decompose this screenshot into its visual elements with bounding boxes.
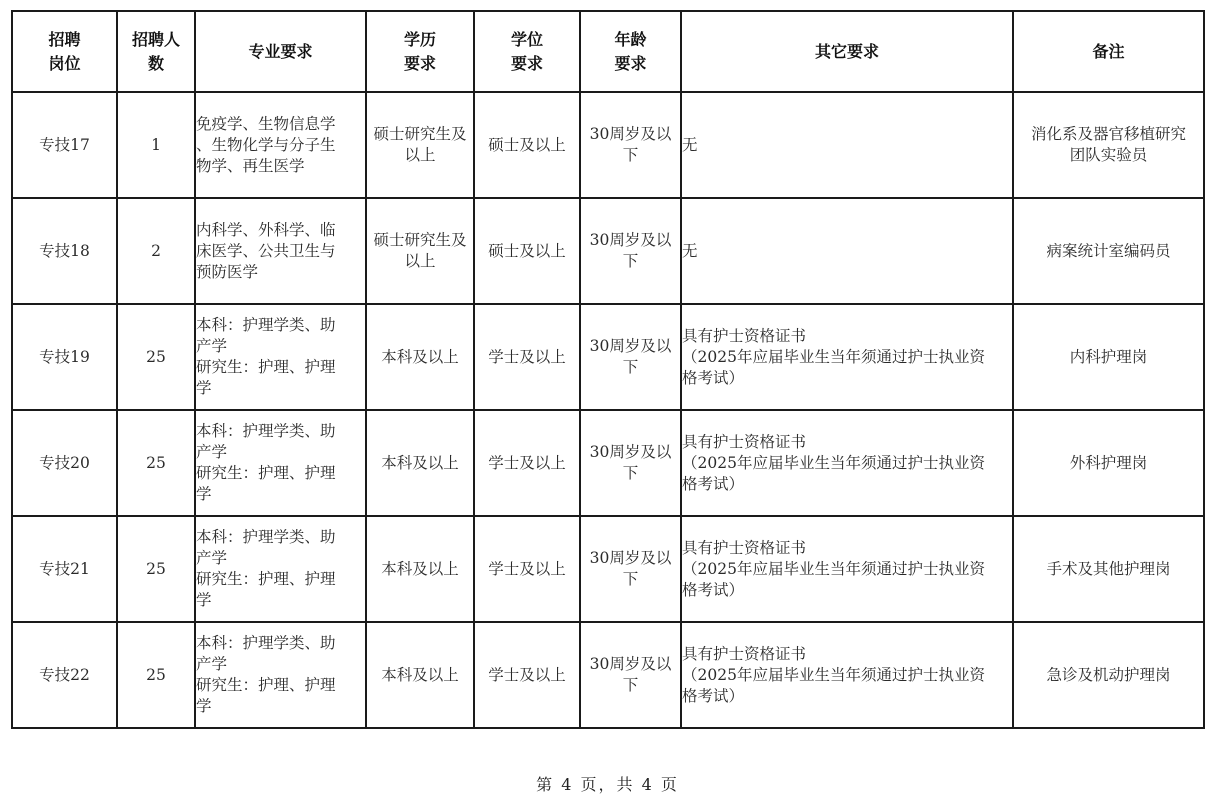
cell-major: 本科：护理学类、助 产学 研究生：护理、护理 学 — [195, 410, 366, 516]
cell-note: 病案统计室编码员 — [1013, 198, 1204, 304]
cell-count: 25 — [117, 410, 195, 516]
table-row: 专技17 1 免疫学、生物信息学 、生物化学与分子生 物学、再生医学 硕士研究生… — [12, 92, 1204, 198]
cell-education: 硕士研究生及 以上 — [366, 92, 474, 198]
table-row: 专技18 2 内科学、外科学、临 床医学、公共卫生与 预防医学 硕士研究生及 以… — [12, 198, 1204, 304]
header-other: 其它要求 — [681, 11, 1013, 92]
cell-note: 急诊及机动护理岗 — [1013, 622, 1204, 728]
table-row: 专技19 25 本科：护理学类、助 产学 研究生：护理、护理 学 本科及以上 学… — [12, 304, 1204, 410]
cell-age: 30周岁及以 下 — [580, 198, 681, 304]
cell-position: 专技19 — [12, 304, 117, 410]
cell-note: 手术及其他护理岗 — [1013, 516, 1204, 622]
cell-education: 本科及以上 — [366, 304, 474, 410]
header-count: 招聘人 数 — [117, 11, 195, 92]
cell-education: 本科及以上 — [366, 516, 474, 622]
table-header-row: 招聘 岗位 招聘人 数 专业要求 学历 要求 学位 要求 — [12, 11, 1204, 92]
cell-note: 内科护理岗 — [1013, 304, 1204, 410]
cell-count: 2 — [117, 198, 195, 304]
cell-count: 1 — [117, 92, 195, 198]
header-degree: 学位 要求 — [474, 11, 580, 92]
cell-count: 25 — [117, 304, 195, 410]
header-note: 备注 — [1013, 11, 1204, 92]
cell-age: 30周岁及以 下 — [580, 516, 681, 622]
cell-degree: 学士及以上 — [474, 622, 580, 728]
table-row: 专技20 25 本科：护理学类、助 产学 研究生：护理、护理 学 本科及以上 学… — [12, 410, 1204, 516]
recruitment-table: 招聘 岗位 招聘人 数 专业要求 学历 要求 学位 要求 — [11, 10, 1205, 729]
cell-age: 30周岁及以 下 — [580, 622, 681, 728]
cell-position: 专技18 — [12, 198, 117, 304]
header-position: 招聘 岗位 — [12, 11, 117, 92]
cell-other: 具有护士资格证书 （2025年应届毕业生当年须通过护士执业资 格考试） — [681, 304, 1013, 410]
cell-education: 本科及以上 — [366, 622, 474, 728]
cell-major: 内科学、外科学、临 床医学、公共卫生与 预防医学 — [195, 198, 366, 304]
cell-major: 本科：护理学类、助 产学 研究生：护理、护理 学 — [195, 622, 366, 728]
cell-education: 硕士研究生及 以上 — [366, 198, 474, 304]
cell-degree: 学士及以上 — [474, 516, 580, 622]
cell-age: 30周岁及以 下 — [580, 410, 681, 516]
cell-other: 具有护士资格证书 （2025年应届毕业生当年须通过护士执业资 格考试） — [681, 410, 1013, 516]
cell-major: 本科：护理学类、助 产学 研究生：护理、护理 学 — [195, 516, 366, 622]
cell-other: 具有护士资格证书 （2025年应届毕业生当年须通过护士执业资 格考试） — [681, 622, 1013, 728]
cell-count: 25 — [117, 622, 195, 728]
table-row: 专技21 25 本科：护理学类、助 产学 研究生：护理、护理 学 本科及以上 学… — [12, 516, 1204, 622]
cell-other: 具有护士资格证书 （2025年应届毕业生当年须通过护士执业资 格考试） — [681, 516, 1013, 622]
cell-degree: 学士及以上 — [474, 410, 580, 516]
header-major: 专业要求 — [195, 11, 366, 92]
cell-degree: 硕士及以上 — [474, 198, 580, 304]
page-number-footer: 第 4 页，共 4 页 — [0, 772, 1215, 795]
cell-note: 消化系及器官移植研究 团队实验员 — [1013, 92, 1204, 198]
cell-position: 专技20 — [12, 410, 117, 516]
cell-degree: 硕士及以上 — [474, 92, 580, 198]
cell-age: 30周岁及以 下 — [580, 92, 681, 198]
cell-other: 无 — [681, 198, 1013, 304]
cell-note: 外科护理岗 — [1013, 410, 1204, 516]
cell-other: 无 — [681, 92, 1013, 198]
cell-count: 25 — [117, 516, 195, 622]
cell-degree: 学士及以上 — [474, 304, 580, 410]
cell-position: 专技17 — [12, 92, 117, 198]
header-age: 年龄 要求 — [580, 11, 681, 92]
cell-education: 本科及以上 — [366, 410, 474, 516]
cell-major: 本科：护理学类、助 产学 研究生：护理、护理 学 — [195, 304, 366, 410]
cell-position: 专技21 — [12, 516, 117, 622]
document-page: 招聘 岗位 招聘人 数 专业要求 学历 要求 学位 要求 — [0, 0, 1215, 800]
cell-major: 免疫学、生物信息学 、生物化学与分子生 物学、再生医学 — [195, 92, 366, 198]
cell-position: 专技22 — [12, 622, 117, 728]
table-row: 专技22 25 本科：护理学类、助 产学 研究生：护理、护理 学 本科及以上 学… — [12, 622, 1204, 728]
header-education: 学历 要求 — [366, 11, 474, 92]
cell-age: 30周岁及以 下 — [580, 304, 681, 410]
